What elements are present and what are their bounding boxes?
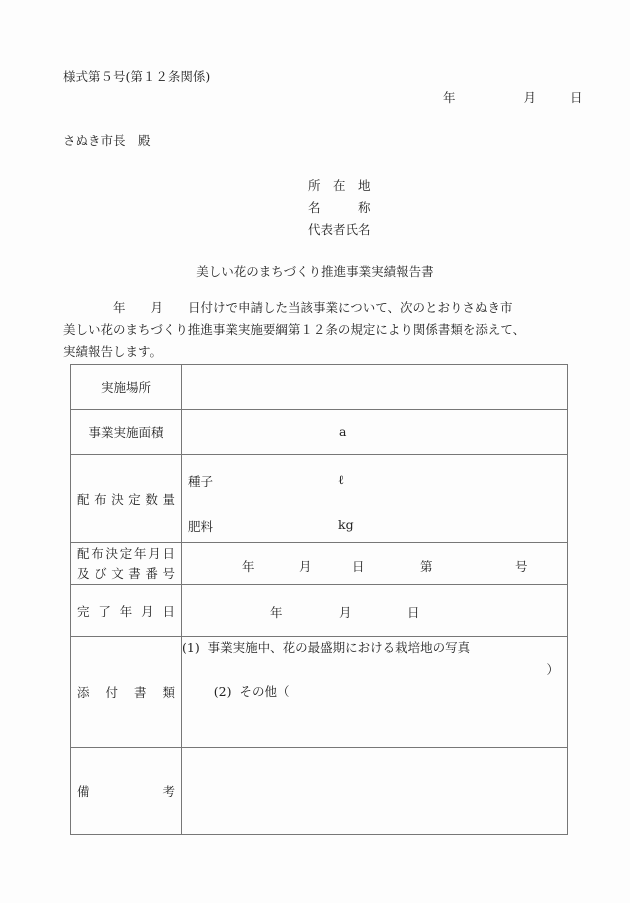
form-number: 様式第５号(第１２条関係) bbox=[63, 67, 210, 85]
remarks-label-left: 備 bbox=[77, 784, 90, 799]
remarks-field[interactable] bbox=[182, 748, 568, 835]
body-line-3: 実績報告します。 bbox=[63, 341, 583, 363]
area-field[interactable]: a bbox=[182, 410, 568, 455]
attachment-item-2-text: (2) その他（ bbox=[214, 684, 290, 699]
attachment-item-2: (2) その他（ ） bbox=[182, 659, 567, 747]
distribution-quantity-field[interactable]: 種子 ℓ 肥料 kg bbox=[182, 455, 568, 543]
document-number-suffix: 号 bbox=[515, 557, 528, 575]
decision-month-label: 月 bbox=[299, 557, 312, 575]
applicant-representative-label: 代表者氏名 bbox=[308, 219, 371, 241]
distribution-quantity-label: 配布決定数量 bbox=[71, 455, 182, 543]
area-label: 事業実施面積 bbox=[71, 410, 182, 455]
addressee: さぬき市長 殿 bbox=[63, 131, 151, 149]
completion-date-field[interactable]: 年 月 日 bbox=[182, 585, 568, 637]
applicant-block: 所 在 地 名 称 代表者氏名 bbox=[308, 175, 371, 241]
completion-day-label: 日 bbox=[407, 603, 420, 621]
table-row-remarks: 備 考 bbox=[71, 748, 568, 835]
date-day-label: 日 bbox=[570, 88, 583, 106]
attachment-item-1: (1) 事業実施中、花の最盛期における栽培地の写真 bbox=[182, 637, 567, 659]
table-row-decision-date: 配布決定年月日 及び文書番号 年 月 日 第 号 bbox=[71, 543, 568, 585]
decision-day-label: 日 bbox=[352, 557, 365, 575]
report-date: 年 月 日 bbox=[443, 88, 583, 106]
date-month-label: 月 bbox=[523, 88, 536, 106]
body-text: 年 月 日付けで申請した当該事業について、次のとおりさぬき市 美しい花のまちづく… bbox=[63, 297, 583, 363]
document-title: 美しい花のまちづくり推進事業実績報告書 bbox=[0, 262, 630, 280]
document-number-prefix: 第 bbox=[420, 557, 433, 575]
remarks-label: 備 考 bbox=[71, 748, 182, 835]
completion-month-label: 月 bbox=[339, 603, 352, 621]
completion-date-label: 完了年月日 bbox=[71, 585, 182, 637]
decision-year-label: 年 bbox=[242, 557, 255, 575]
decision-date-label: 配布決定年月日 及び文書番号 bbox=[71, 543, 182, 585]
report-table: 実施場所 事業実施面積 a 配布決定数量 種子 ℓ 肥料 kg 配布決定年月日 … bbox=[70, 364, 568, 835]
area-unit: a bbox=[339, 424, 346, 439]
location-label: 実施場所 bbox=[71, 365, 182, 410]
decision-date-field[interactable]: 年 月 日 第 号 bbox=[182, 543, 568, 585]
table-row-location: 実施場所 bbox=[71, 365, 568, 410]
attachments-label: 添付書類 bbox=[71, 637, 182, 748]
body-line-1: 年 月 日付けで申請した当該事業について、次のとおりさぬき市 bbox=[63, 297, 583, 319]
applicant-address-label: 所 在 地 bbox=[308, 175, 371, 197]
completion-year-label: 年 bbox=[270, 603, 283, 621]
decision-date-label-line2: 及び文書番号 bbox=[77, 564, 175, 584]
date-year-label: 年 bbox=[443, 88, 456, 106]
table-row-completion-date: 完了年月日 年 月 日 bbox=[71, 585, 568, 637]
attachments-field[interactable]: (1) 事業実施中、花の最盛期における栽培地の写真 (2) その他（ ） bbox=[182, 637, 568, 748]
fertilizer-label: 肥料 bbox=[188, 517, 213, 535]
decision-date-label-line1: 配布決定年月日 bbox=[77, 544, 175, 564]
seed-unit: ℓ bbox=[338, 472, 344, 488]
table-row-attachments: 添付書類 (1) 事業実施中、花の最盛期における栽培地の写真 (2) その他（ … bbox=[71, 637, 568, 748]
applicant-name-label: 名 称 bbox=[308, 197, 371, 219]
location-field[interactable] bbox=[182, 365, 568, 410]
body-line-2: 美しい花のまちづくり推進事業実施要綱第１２条の規定により関係書類を添えて、 bbox=[63, 319, 583, 341]
attachment-close-paren: ） bbox=[546, 659, 559, 681]
seed-label: 種子 bbox=[188, 472, 213, 490]
fertilizer-unit: kg bbox=[338, 517, 354, 532]
table-row-area: 事業実施面積 a bbox=[71, 410, 568, 455]
remarks-label-right: 考 bbox=[162, 782, 175, 800]
table-row-distribution-quantity: 配布決定数量 種子 ℓ 肥料 kg bbox=[71, 455, 568, 543]
